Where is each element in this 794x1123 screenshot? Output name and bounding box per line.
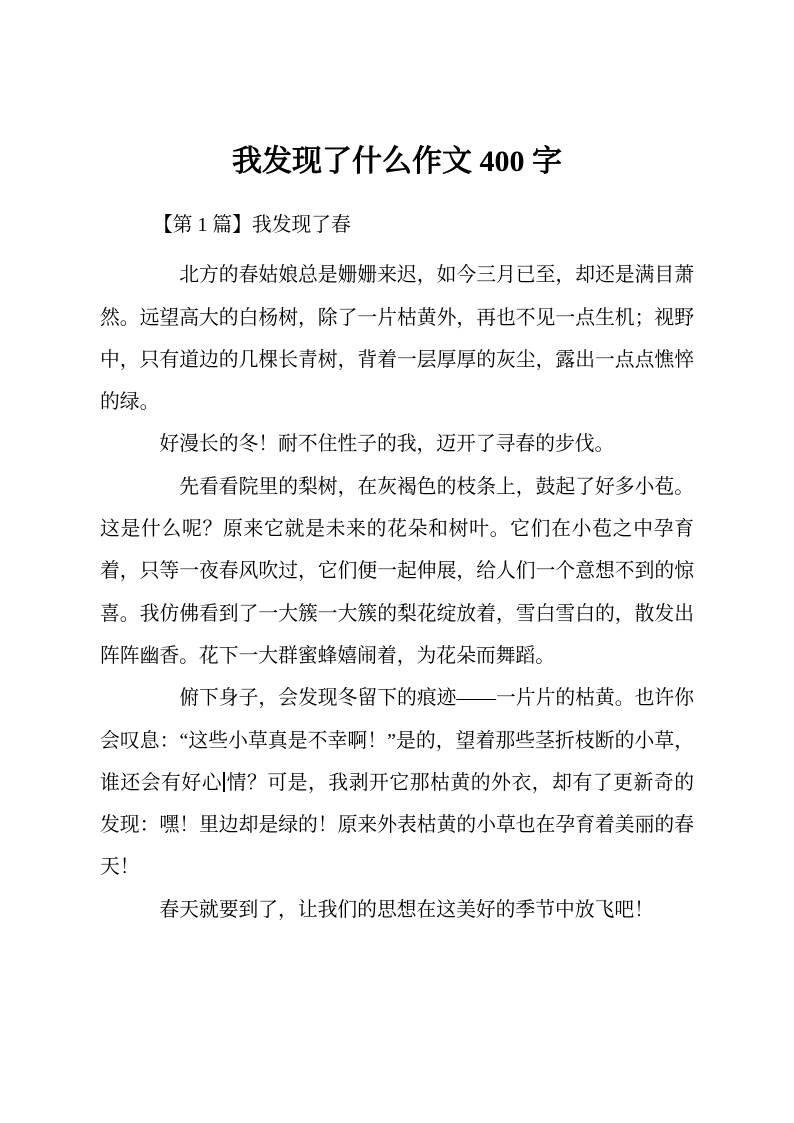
paragraph: 先看看院里的梨树，在灰褐色的枝条上，鼓起了好多小苞。这是什么呢？原来它就是未来的…	[100, 466, 694, 677]
paragraph: 春天就要到了，让我们的思想在这美好的季节中放飞吧！	[100, 889, 694, 931]
document-title: 我发现了什么作文 400 字	[100, 140, 694, 184]
section-heading: 【第 1 篇】我发现了春	[100, 204, 694, 246]
text-cursor	[223, 772, 225, 792]
page: 我发现了什么作文 400 字 【第 1 篇】我发现了春 北方的春姑娘总是姗姗来迟…	[0, 0, 794, 1123]
paragraph: 好漫长的冬！耐不住性子的我，迈开了寻春的步伐。	[100, 423, 694, 465]
paragraph: 北方的春姑娘总是姗姗来迟，如今三月已至，却还是满目萧然。远望高大的白杨树，除了一…	[100, 254, 694, 423]
paragraph: 俯下身子，会发现冬留下的痕迹——一片片的枯黄。也许你会叹息：“这些小草真是不幸啊…	[100, 677, 694, 888]
